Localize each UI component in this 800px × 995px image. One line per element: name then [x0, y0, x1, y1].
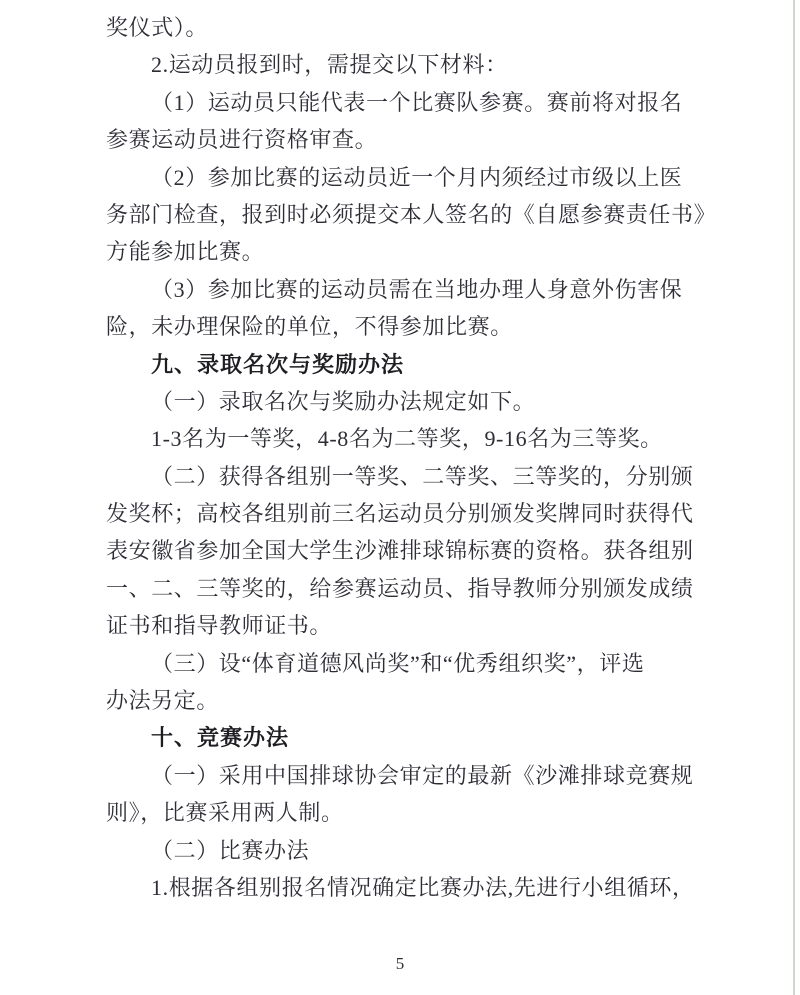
text-line: 2.运动员报到时，需提交以下材料：	[106, 46, 696, 83]
text-line: 则》，比赛采用两人制。	[106, 794, 696, 831]
text-line: 务部门检查，报到时必须提交本人签名的《自愿参赛责任书》	[106, 196, 696, 233]
text-line: 表安徽省参加全国大学生沙滩排球锦标赛的资格。获各组别	[106, 532, 696, 569]
text-line: 1.根据各组别报名情况确定比赛办法,先进行小组循环，	[106, 869, 696, 906]
text-line: 发奖杯；高校各组别前三名运动员分别颁发奖牌同时获得代	[106, 495, 696, 532]
text-line: （二）比赛办法	[106, 832, 696, 869]
page-number: 5	[0, 952, 800, 976]
text-line: 参赛运动员进行资格审查。	[106, 121, 696, 158]
document-page: 奖仪式）。2.运动员报到时，需提交以下材料：（1）运动员只能代表一个比赛队参赛。…	[0, 0, 800, 995]
text-line: 办法另定。	[106, 682, 696, 719]
text-line: 方能参加比赛。	[106, 233, 696, 270]
text-line: （一）采用中国排球协会审定的最新《沙滩排球竞赛规	[106, 757, 696, 794]
text-line: （二）获得各组别一等奖、二等奖、三等奖的，分别颁	[106, 458, 696, 495]
section-heading-line: 九、录取名次与奖励办法	[106, 346, 696, 383]
text-line: （一）录取名次与奖励办法规定如下。	[106, 383, 696, 420]
text-line: （三）设“体育道德风尚奖”和“优秀组织奖”，评选	[106, 645, 696, 682]
text-line: 奖仪式）。	[106, 9, 696, 46]
section-heading-line: 十、竞赛办法	[106, 719, 696, 756]
text-line: 证书和指导教师证书。	[106, 607, 696, 644]
page-right-edge-rule	[793, 0, 795, 995]
text-line: 1-3名为一等奖，4-8名为二等奖，9-16名为三等奖。	[106, 420, 696, 457]
text-line: （2）参加比赛的运动员近一个月内须经过市级以上医	[106, 159, 696, 196]
text-line: 险，未办理保险的单位，不得参加比赛。	[106, 308, 696, 345]
text-line: （1）运动员只能代表一个比赛队参赛。赛前将对报名	[106, 84, 696, 121]
text-line: （3）参加比赛的运动员需在当地办理人身意外伤害保	[106, 271, 696, 308]
text-line: 一、二、三等奖的，给参赛运动员、指导教师分别颁发成绩	[106, 570, 696, 607]
document-text-block: 奖仪式）。2.运动员报到时，需提交以下材料：（1）运动员只能代表一个比赛队参赛。…	[106, 9, 696, 906]
